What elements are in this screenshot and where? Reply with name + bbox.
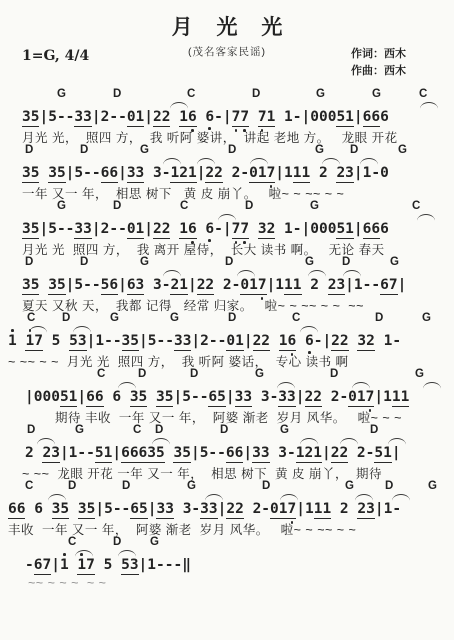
chord-label: D <box>350 144 358 156</box>
slur-row <box>0 493 454 501</box>
slur-row <box>0 381 454 389</box>
chord-row: DGCDDGD <box>0 424 454 437</box>
chord-label: G <box>150 536 159 548</box>
chord-row: GDCDGGC <box>0 88 454 101</box>
notes-line: 35 35|5--66|33 3-121|22 2-017|111 2 23|1… <box>0 165 454 184</box>
score-system: GDCDGGC35|5--33|2--01|22 16 6-|77 71 1-|… <box>0 88 454 144</box>
chord-row: DDGDGDG <box>0 256 454 269</box>
chord-label: G <box>310 200 319 212</box>
lyrics-line: 一年 又一 年， 相思 树下 黄 皮 崩丫。 啦~ ~ ~~ ~ ~ <box>0 184 454 200</box>
chord-label: G <box>75 424 84 436</box>
score-system: CDDGDGDG66 6 35 35|5--65|33 3-33|22 2-01… <box>0 480 454 536</box>
chord-row: CDDGDGDG <box>0 480 454 493</box>
chord-label: G <box>280 424 289 436</box>
chord-label: D <box>113 536 121 548</box>
chord-label: D <box>342 256 350 268</box>
chord-label: D <box>25 256 33 268</box>
chord-label: C <box>97 368 105 380</box>
chord-label: D <box>220 424 228 436</box>
chord-label: D <box>262 480 270 492</box>
score-system: DDGDGDG35 35|5--56|63 3-21|22 2-017|111 … <box>0 256 454 312</box>
lyrics-line: ~ ~~ ~ ~ 月光 光 照四 方， 我 听阿 婆话， 专心 读书 啊 <box>0 352 454 368</box>
chord-label: G <box>345 480 354 492</box>
score-system: CDGGDCDG1 17 5 53|1--35|5--33|2--01|22 1… <box>0 312 454 368</box>
chord-label: G <box>110 312 119 324</box>
chord-row: CDG <box>0 536 454 549</box>
chord-label: D <box>113 88 121 100</box>
chord-label: C <box>187 88 195 100</box>
lyricist-credit: 作词：西木 <box>351 46 406 63</box>
chord-row: GDCDGC <box>0 200 454 213</box>
score-system: CDDGDG|00051|66 6 35 35|5--65|33 3-33|22… <box>0 368 454 424</box>
chord-label: D <box>25 144 33 156</box>
chord-label: G <box>140 256 149 268</box>
chord-label: C <box>180 200 188 212</box>
lyrics-line: 丰收 一年 又一 年， 阿婆 渐老 岁月 风华。 啦~ ~ ~~ ~ ~ <box>0 520 454 536</box>
score-header: 月 光 光 (茂名客家民谣) 1=G, 4/4 作词：西木 作曲：西木 <box>0 0 454 88</box>
chord-label: D <box>330 368 338 380</box>
chord-label: G <box>315 144 324 156</box>
chord-label: D <box>113 200 121 212</box>
chord-label: C <box>27 312 35 324</box>
chord-label: G <box>305 256 314 268</box>
chord-label: G <box>255 368 264 380</box>
chord-label: C <box>133 424 141 436</box>
slur-row <box>0 549 454 557</box>
chord-label: D <box>62 312 70 324</box>
chord-label: G <box>372 88 381 100</box>
chord-label: G <box>316 88 325 100</box>
chord-label: D <box>228 144 236 156</box>
chord-label: D <box>27 424 35 436</box>
score-system: DDGDGDG35 35|5--66|33 3-121|22 2-017|111… <box>0 144 454 200</box>
composer-credit: 作曲：西木 <box>351 63 406 80</box>
slur-row <box>0 269 454 277</box>
chord-label: G <box>170 312 179 324</box>
chord-label: D <box>228 312 236 324</box>
chord-label: D <box>155 424 163 436</box>
chord-label: D <box>68 480 76 492</box>
chord-label: D <box>190 368 198 380</box>
chord-label: C <box>292 312 300 324</box>
chord-label: C <box>419 88 427 100</box>
chord-label: D <box>122 480 130 492</box>
chord-label: D <box>252 88 260 100</box>
chord-label: G <box>57 200 66 212</box>
notes-line: |00051|66 6 35 35|5--65|33 3-33|22 2-017… <box>0 389 454 408</box>
chord-label: G <box>140 144 149 156</box>
chord-label: G <box>390 256 399 268</box>
chord-row: DDGDGDG <box>0 144 454 157</box>
score-body: GDCDGGC35|5--33|2--01|22 16 6-|77 71 1-|… <box>0 88 454 592</box>
lyrics-line: ~ ~~ 龙眼 开花 一年 又一 年， 相思 树下 黄 皮 崩丫， 期待 <box>0 464 454 480</box>
lyrics-line: ~~ ~ ~ ~ ~ ~ <box>0 576 454 592</box>
chord-label: C <box>25 480 33 492</box>
lyrics-line: 月光 光， 照四 方， 我 听阿 婆讲， 讲起 老地 方。 龙眼 开花 <box>0 128 454 144</box>
chord-label: D <box>370 424 378 436</box>
score-system: CDG-67|1 17 5 53|1---‖~~ ~ ~ ~ ~ ~ <box>0 536 454 592</box>
chord-row: CDDGDG <box>0 368 454 381</box>
chord-label: G <box>422 312 431 324</box>
key-signature: 1=G, 4/4 <box>22 48 89 64</box>
notes-line: -67|1 17 5 53|1---‖ <box>0 557 454 576</box>
notes-line: 1 17 5 53|1--35|5--33|2--01|22 16 6-|22 … <box>0 333 454 352</box>
chord-label: G <box>187 480 196 492</box>
notes-line: 35|5--33|2--01|22 16 6-|77 71 1-|00051|6… <box>0 109 454 128</box>
score-system: DGCDDGD2 23|1--51|66635 35|5--66|33 3-12… <box>0 424 454 480</box>
chord-label: C <box>412 200 420 212</box>
slur-row <box>0 437 454 445</box>
sheet-music-page: 月 光 光 (茂名客家民谣) 1=G, 4/4 作词：西木 作曲：西木 GDCD… <box>0 0 454 640</box>
chord-label: G <box>428 480 437 492</box>
song-title: 月 光 光 <box>0 0 454 41</box>
chord-label: G <box>415 368 424 380</box>
chord-label: C <box>68 536 76 548</box>
chord-label: D <box>80 144 88 156</box>
chord-label: D <box>385 480 393 492</box>
lyrics-line: 期待 丰收 一年 又一 年， 阿婆 渐老 岁月 风华。 啦~ ~ ~ <box>0 408 454 424</box>
chord-label: D <box>80 256 88 268</box>
chord-label: G <box>57 88 66 100</box>
slur-row <box>0 213 454 221</box>
notes-line: 2 23|1--51|66635 35|5--66|33 3-121|22 2-… <box>0 445 454 464</box>
slur-row <box>0 157 454 165</box>
notes-line: 35 35|5--56|63 3-21|22 2-017|111 2 23|1-… <box>0 277 454 296</box>
chord-label: G <box>398 144 407 156</box>
credits: 作词：西木 作曲：西木 <box>351 46 406 80</box>
chord-label: D <box>225 256 233 268</box>
chord-row: CDGGDCDG <box>0 312 454 325</box>
chord-label: D <box>375 312 383 324</box>
chord-label: D <box>138 368 146 380</box>
lyrics-line: 夏天 又秋 天， 我都 记得 经常 归家。 啦~ ~ ~~ ~ ~ ~~ <box>0 296 454 312</box>
notes-line: 35|5--33|2--01|22 16 6-|77 32 1-|00051|6… <box>0 221 454 240</box>
score-system: GDCDGC35|5--33|2--01|22 16 6-|77 32 1-|0… <box>0 200 454 256</box>
slur-row <box>0 101 454 109</box>
chord-label: D <box>245 200 253 212</box>
slur-row <box>0 325 454 333</box>
lyrics-line: 月光 光 照四 方， 我 离开 屋侍， 长大 读书 啊。 无论 春天 <box>0 240 454 256</box>
notes-line: 66 6 35 35|5--65|33 3-33|22 2-017|111 2 … <box>0 501 454 520</box>
